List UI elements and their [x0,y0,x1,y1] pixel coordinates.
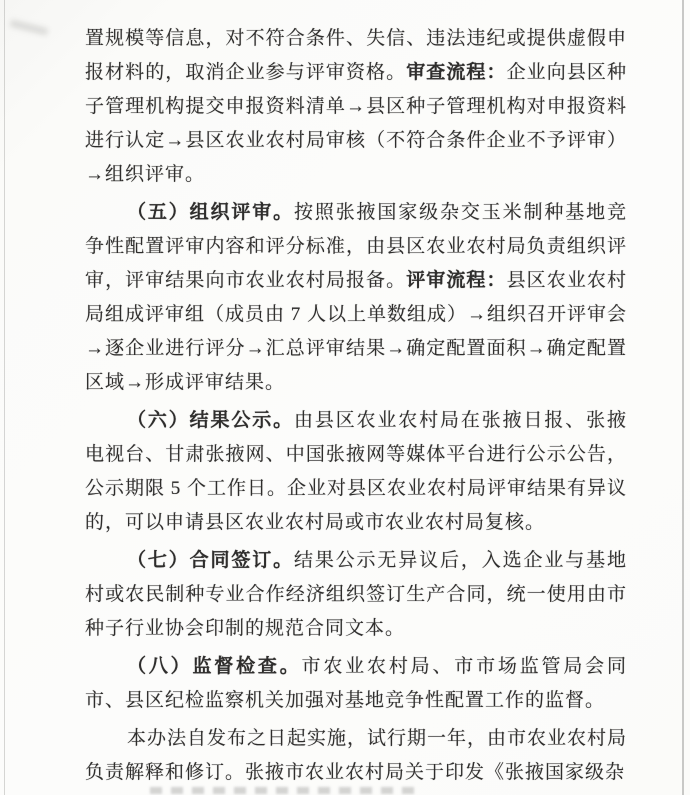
cutoff-next-line-remnant [150,787,420,794]
bold-heading-segment: （七）合同签订。 [127,550,294,571]
scan-edge-right-line [682,0,684,795]
document-text-column: 置规模等信息，对不符合条件、失信、违法违纪或提供虚假申报材料的，取消企业参与评审… [85,22,627,790]
paragraph: （八）监督检查。市农业农村局、市市场监管局会同市、县区纪检监察机关加强对基地竞争… [85,650,627,718]
bold-heading-segment: （八）监督检查。 [127,656,302,677]
bold-heading-segment: （六）结果公示。 [127,410,294,431]
bold-heading-segment: （五）组织评审。 [127,202,294,223]
scan-edge-left-line [4,0,5,795]
text-segment: 本办法自发布之日起实施，试行期一年，由市农业农村局负责解释和修订。张掖市农业农村… [85,728,627,783]
paragraph: （五）组织评审。按照张掖国家级杂交玉米制种基地竞争性配置评审内容和评分标准，由县… [85,196,627,400]
bold-heading-segment: 评审流程： [406,270,506,291]
bold-heading-segment: 审查流程： [406,62,506,83]
scan-smudge [10,20,49,36]
paragraph: （六）结果公示。由县区农业农村局在张掖日报、张掖电视台、甘肃张掖网、中国张掖网等… [85,404,627,540]
paragraph: 本办法自发布之日起实施，试行期一年，由市农业农村局负责解释和修订。张掖市农业农村… [85,722,627,790]
paragraph: （七）合同签订。结果公示无异议后，入选企业与基地村或农民制种专业合作经济组织签订… [85,544,627,646]
scanned-document-page: 置规模等信息，对不符合条件、失信、违法违纪或提供虚假申报材料的，取消企业参与评审… [0,0,690,795]
paragraph: 置规模等信息，对不符合条件、失信、违法违纪或提供虚假申报材料的，取消企业参与评审… [85,22,627,192]
